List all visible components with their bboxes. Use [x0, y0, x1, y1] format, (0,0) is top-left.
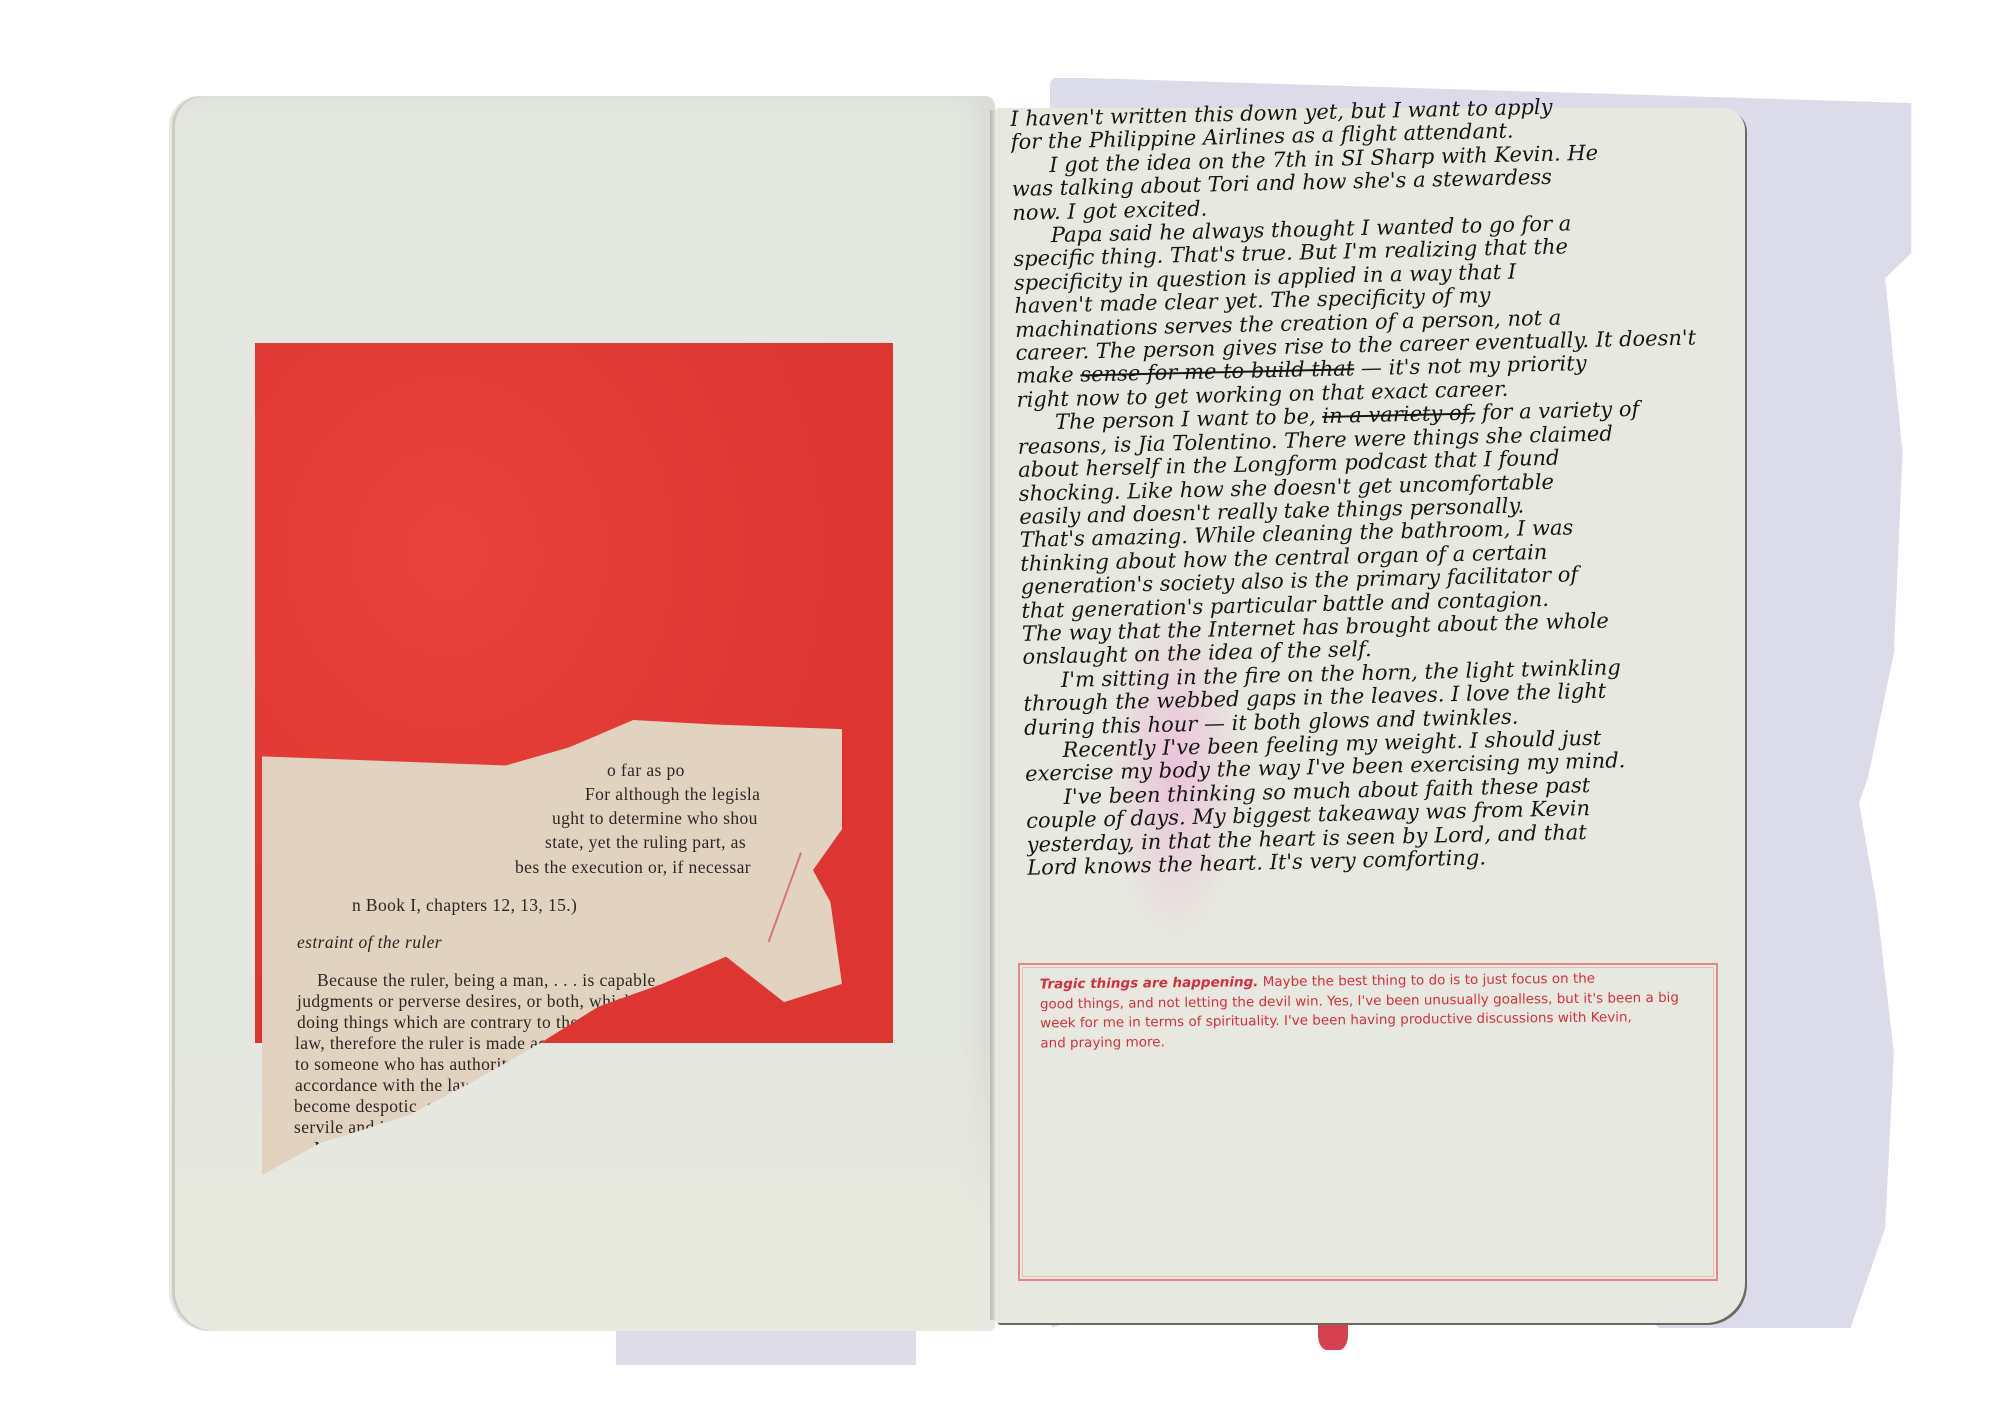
- clipping-heading: estraint of the ruler: [297, 932, 442, 953]
- struck-text: in a variety of,: [1322, 401, 1476, 428]
- clipping-line: ught to determine who shou: [552, 808, 758, 829]
- clipping-source: n Book I, chapters 12, 13, 15.): [352, 895, 577, 916]
- clipping-line: judgments or perverse desires, or both, …: [297, 991, 634, 1012]
- red-note-line: Maybe the best thing to do is to just fo…: [1258, 971, 1595, 991]
- clipping-line: doing things which are contrary to the d…: [297, 1012, 606, 1033]
- handwritten-journal-entry: I haven't written this down yet, but I w…: [1010, 92, 1737, 880]
- clipping-line: o far as po: [607, 760, 685, 781]
- red-ink-note: Tragic things are happening. Maybe the b…: [1040, 968, 1711, 1053]
- clipping-line: Because the ruler, being a man, . . . is…: [317, 970, 656, 991]
- clipping-line: law, therefore the ruler is made acco: [295, 1033, 564, 1054]
- red-note-lead: Tragic things are happening.: [1040, 974, 1259, 992]
- clipping-line: state, yet the ruling part, as: [545, 832, 746, 853]
- notebook-spread: o far as po For although the legisla ugh…: [0, 0, 2000, 1414]
- clipping-line: For although the legisla: [585, 784, 760, 805]
- clipping-line: bes the execution or, if necessar: [515, 857, 751, 878]
